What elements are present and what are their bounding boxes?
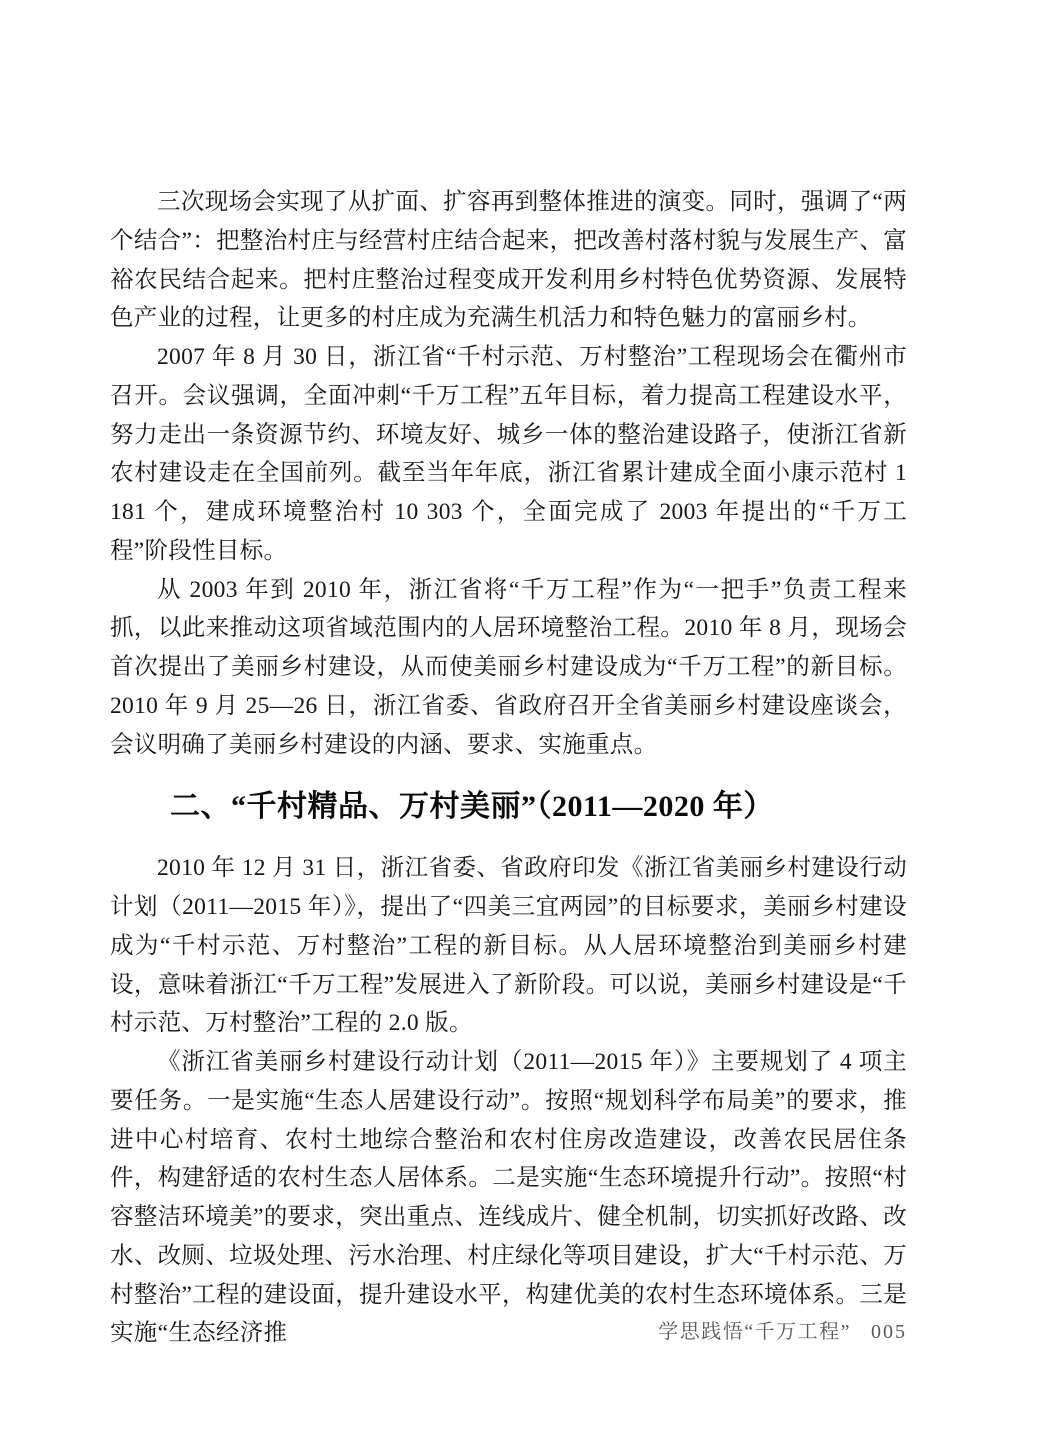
paragraph-5: 《浙江省美丽乡村建设行动计划（2011—2015 年）》主要规划了 4 项主要任… [110, 1043, 907, 1353]
paragraph-4: 2010 年 12 月 31 日，浙江省委、省政府印发《浙江省美丽乡村建设行动计… [110, 849, 907, 1043]
page-footer: 学思践悟“千万工程”005 [110, 1319, 907, 1345]
running-title: 学思践悟“千万工程” [658, 1321, 851, 1343]
page-content: 三次现场会实现了从扩面、扩容再到整体推进的演变。同时，强调了“两个结合”：把整治… [110, 183, 907, 1353]
paragraph-2: 2007 年 8 月 30 日，浙江省“千村示范、万村整治”工程现场会在衢州市召… [110, 338, 907, 571]
paragraph-1: 三次现场会实现了从扩面、扩容再到整体推进的演变。同时，强调了“两个结合”：把整治… [110, 183, 907, 338]
page-number: 005 [871, 1319, 907, 1345]
paragraph-3: 从 2003 年到 2010 年，浙江省将“千万工程”作为“一把手”负责工程来抓… [110, 571, 907, 765]
section-heading: 二、“千村精品、万村美丽”（2011—2020 年） [110, 784, 907, 829]
book-page: 三次现场会实现了从扩面、扩容再到整体推进的演变。同时，强调了“两个结合”：把整治… [0, 0, 1038, 1452]
